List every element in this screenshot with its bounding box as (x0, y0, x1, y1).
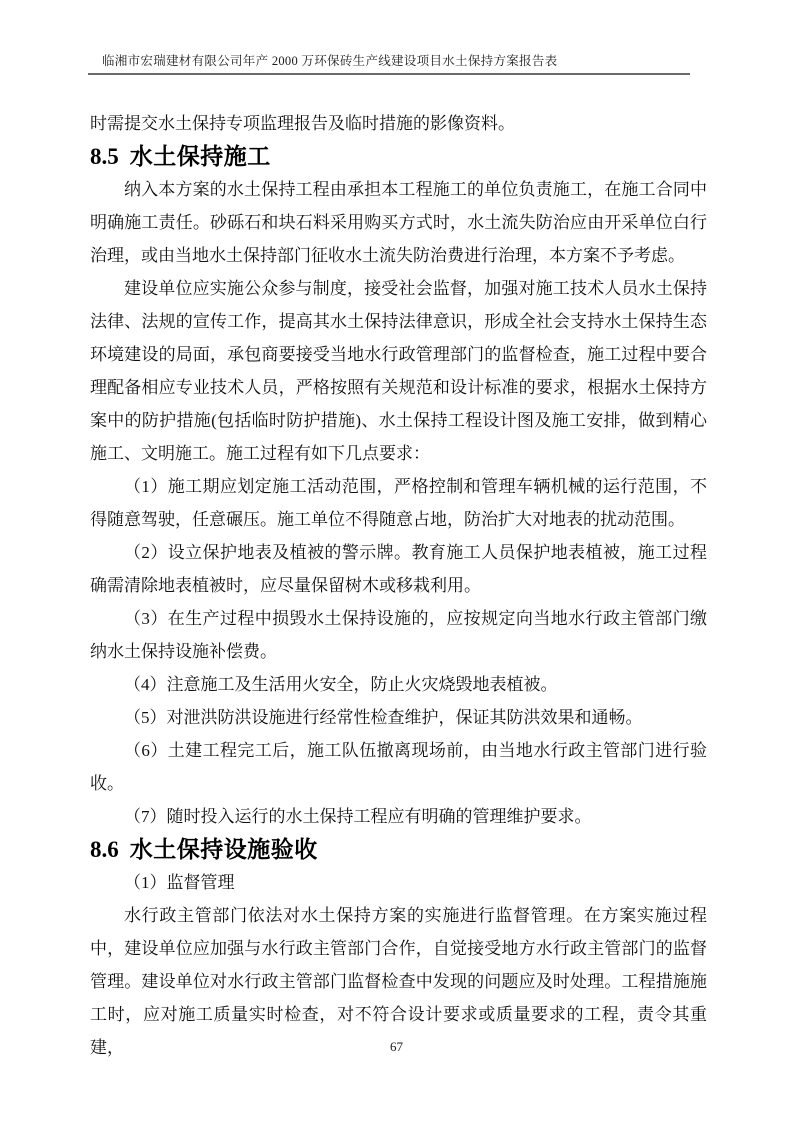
section-number: 8.5 (90, 144, 119, 169)
page-header: 临湘市宏瑞建材有限公司年产 2000 万环保砖生产线建设项目水土保持方案报告表 (88, 54, 690, 75)
section-heading-8-6: 8.6水土保持设施验收 (90, 833, 707, 866)
section-title: 水土保持施工 (130, 144, 271, 169)
list-item: （7）随时投入运行的水土保持工程应有明确的管理维护要求。 (90, 800, 707, 833)
section-title: 水土保持设施验收 (130, 837, 318, 862)
list-item: （3）在生产过程中损毁水土保持设施的，应按规定向当地水行政主管部门缴纳水土保持设… (90, 602, 707, 668)
sub-heading: （1）监督管理 (90, 866, 707, 899)
paragraph: 纳入本方案的水土保持工程由承担本工程施工的单位负责施工，在施工合同中明确施工责任… (90, 173, 707, 272)
document-page: 临湘市宏瑞建材有限公司年产 2000 万环保砖生产线建设项目水土保持方案报告表 … (0, 0, 793, 1122)
page-number: 67 (390, 1039, 403, 1054)
section-heading-8-5: 8.5水土保持施工 (90, 140, 707, 173)
section-number: 8.6 (90, 837, 119, 862)
continuation-paragraph: 时需提交水土保持专项监理报告及临时措施的影像资料。 (90, 107, 707, 140)
list-item: （6）土建工程完工后，施工队伍撤离现场前，由当地水行政主管部门进行验收。 (90, 734, 707, 800)
document-body: 时需提交水土保持专项监理报告及临时措施的影像资料。 8.5水土保持施工 纳入本方… (90, 107, 707, 1064)
list-item: （4）注意施工及生活用火安全，防止火灾烧毁地表植被。 (90, 668, 707, 701)
page-footer: 67 (0, 1038, 793, 1056)
list-item: （2）设立保护地表及植被的警示牌。教育施工人员保护地表植被，施工过程确需清除地表… (90, 536, 707, 602)
list-item: （1）施工期应划定施工活动范围，严格控制和管理车辆机械的运行范围，不得随意驾驶，… (90, 470, 707, 536)
list-item: （5）对泄洪防洪设施进行经常性检查维护，保证其防洪效果和通畅。 (90, 701, 707, 734)
paragraph: 建设单位应实施公众参与制度，接受社会监督，加强对施工技术人员水土保持法律、法规的… (90, 272, 707, 470)
header-title: 临湘市宏瑞建材有限公司年产 2000 万环保砖生产线建设项目水土保持方案报告表 (88, 54, 690, 69)
